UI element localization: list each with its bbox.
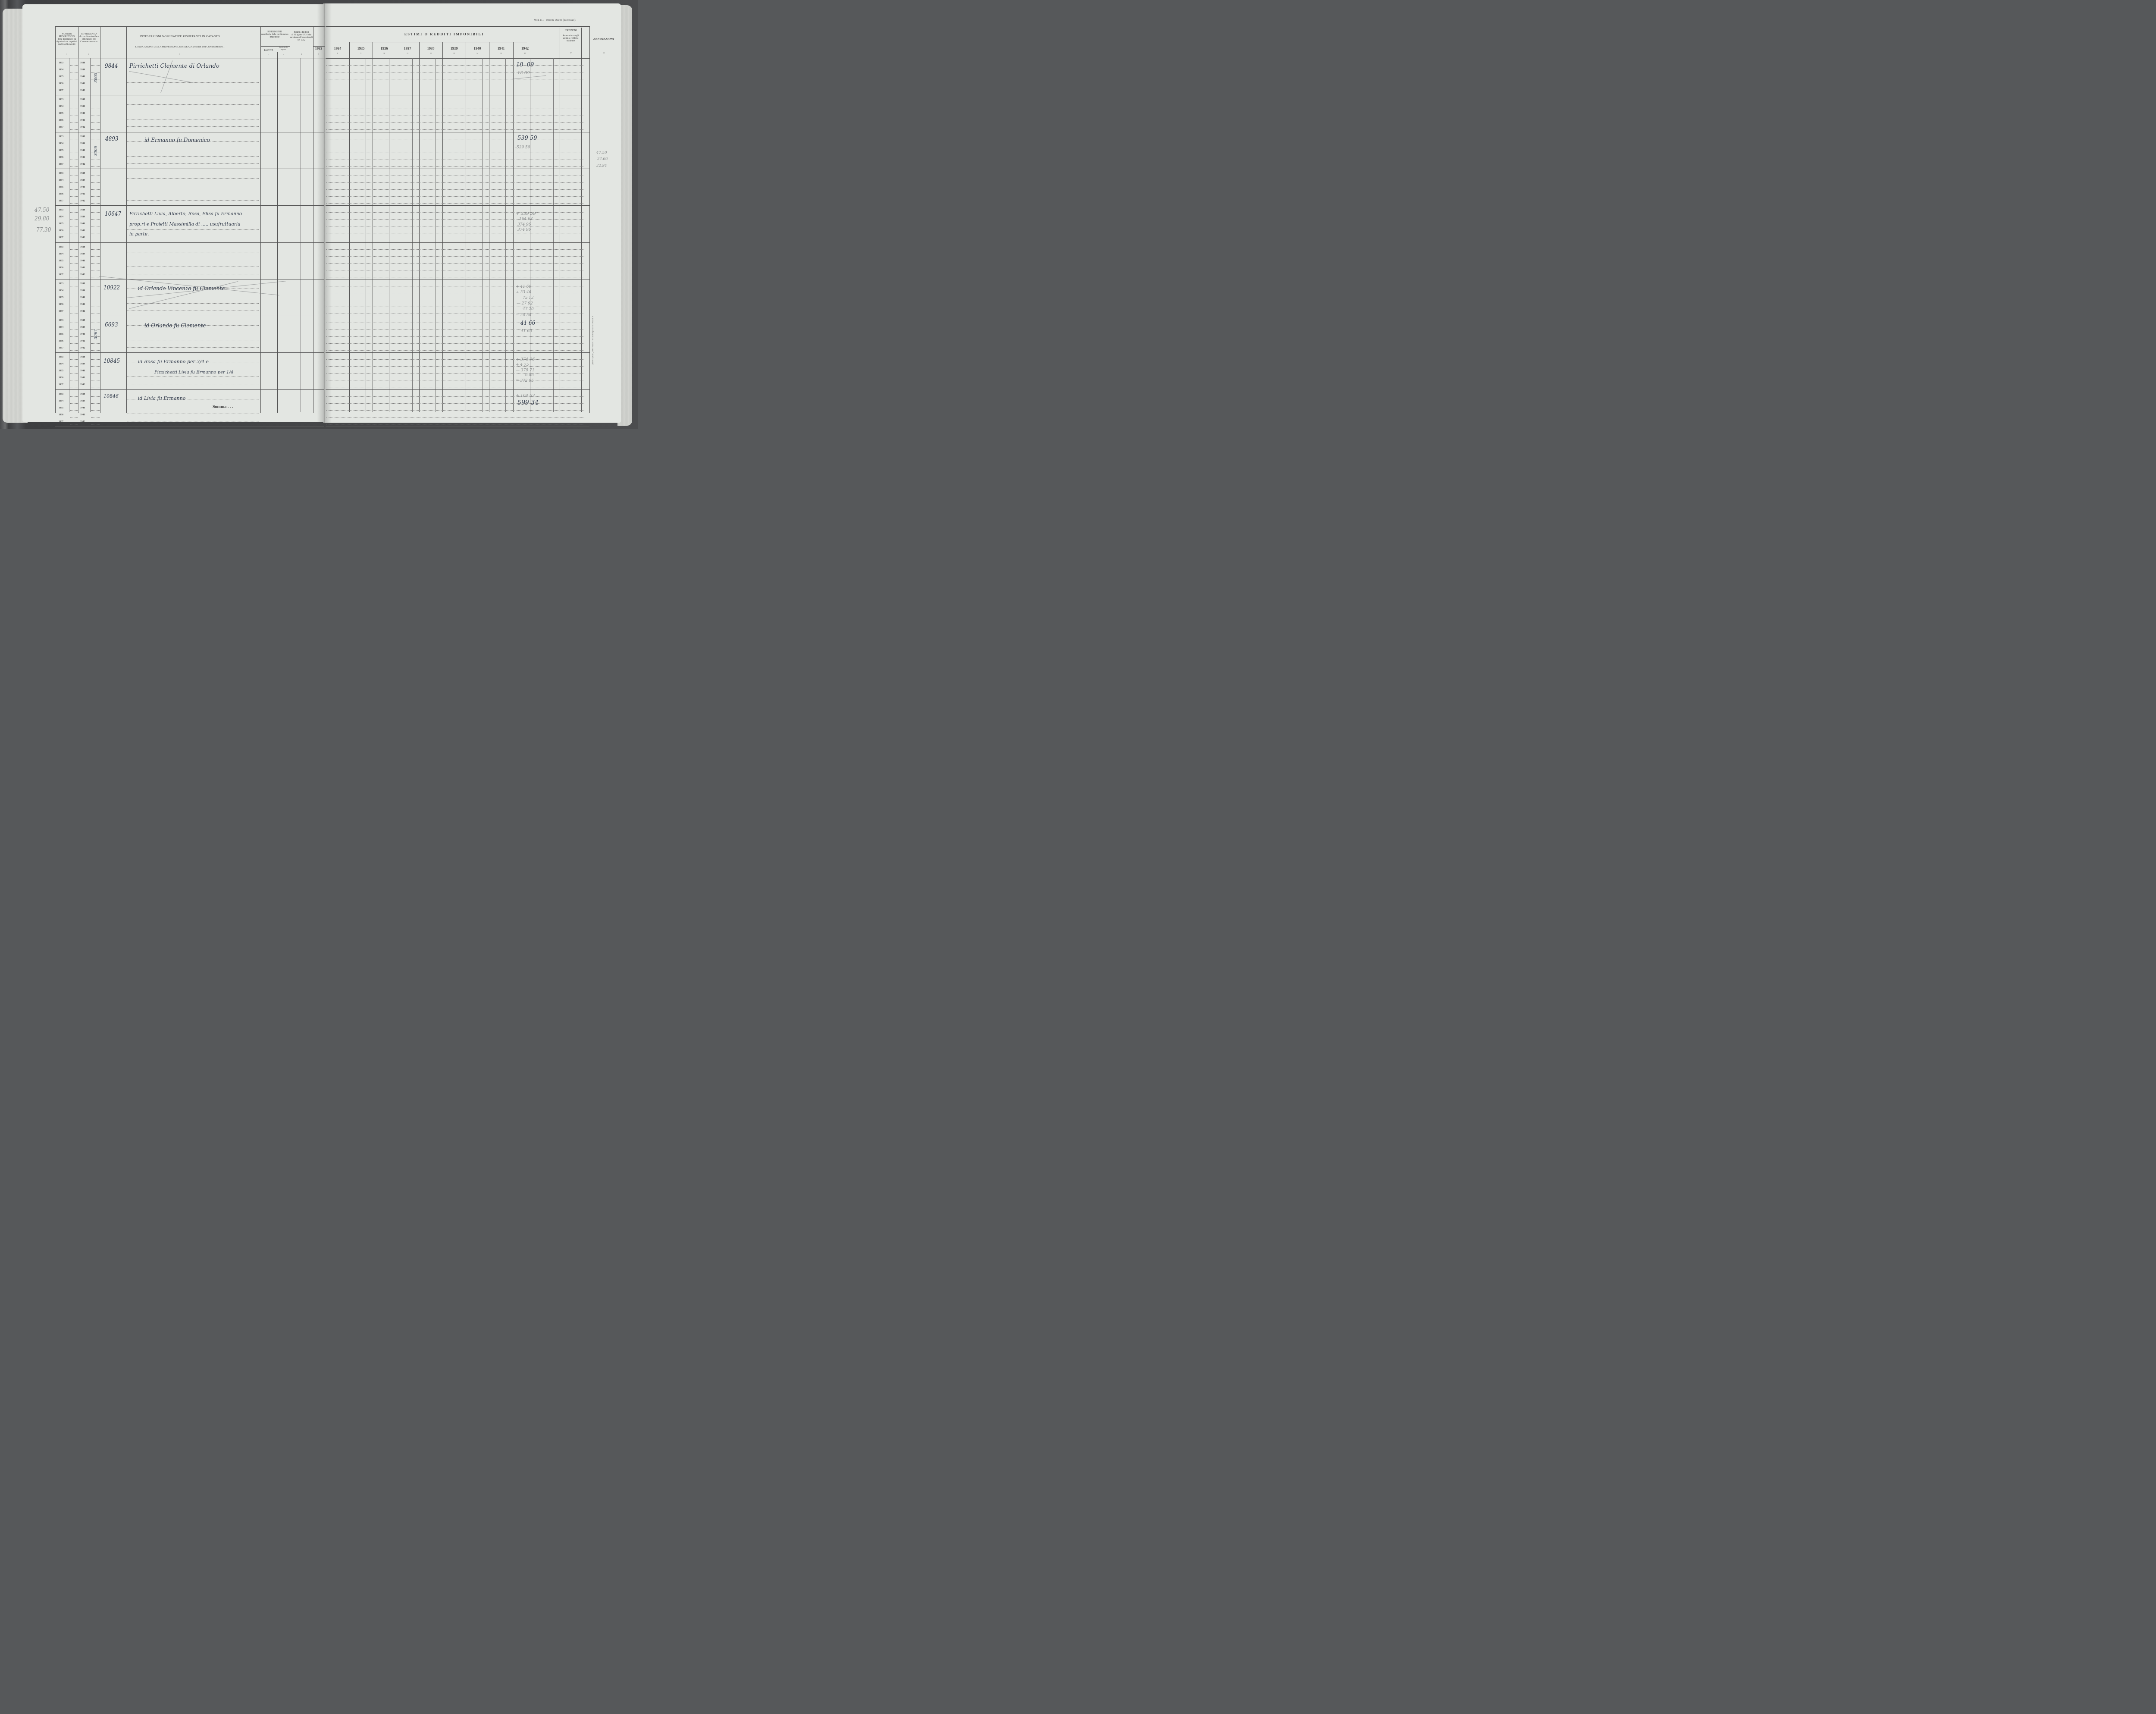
year-column-header: 1938 bbox=[419, 47, 442, 51]
year-label: 1941 bbox=[80, 340, 85, 342]
amount-1941: 18 09 bbox=[516, 62, 534, 68]
year-label: 1935 bbox=[59, 296, 63, 299]
pencil-note: = 372 85 bbox=[516, 379, 534, 383]
year-label: 1941 bbox=[80, 119, 85, 122]
year-label: 1942 bbox=[80, 347, 85, 349]
col45-header: RIFERIMENTI sussidiari e delle partite s… bbox=[260, 31, 289, 38]
pencil-note: 18 09 bbox=[517, 71, 530, 75]
col1-header: NUMERO PROGRESSIVO delle intestazioni da… bbox=[56, 33, 78, 46]
year-column-header: 1942 bbox=[513, 47, 537, 51]
year-label: 1935 bbox=[59, 112, 63, 115]
partita-number: 6693 bbox=[105, 322, 118, 328]
year-label: 1942 bbox=[80, 163, 85, 166]
year-column-number: 12 bbox=[419, 53, 442, 55]
year-column-number: 13 bbox=[442, 53, 466, 55]
year-label: 1938 bbox=[80, 393, 85, 396]
esenzioni-header: ESENZIONI — Ammontare degli estimi o red… bbox=[560, 29, 581, 42]
year-label: 1937 bbox=[59, 421, 63, 423]
year-column-header: 1936 bbox=[373, 47, 396, 51]
year-label: 1937 bbox=[59, 163, 63, 166]
pencil-note: — 27 92 bbox=[517, 301, 533, 306]
year-label: 1934 bbox=[59, 216, 63, 218]
year-column-header: 1941 bbox=[489, 47, 513, 51]
year-label: 1942 bbox=[80, 126, 85, 129]
year-label: 1935 bbox=[59, 223, 63, 225]
year-label: 1936 bbox=[59, 377, 63, 379]
col7-year: 1933 bbox=[313, 47, 324, 51]
year-column-number: 8 bbox=[326, 53, 349, 55]
year-label: 1935 bbox=[59, 186, 63, 188]
somma-label: Somma . . . bbox=[213, 405, 233, 409]
margin-note-left: 47.50 bbox=[34, 207, 49, 213]
progressivo-number: 3067 bbox=[94, 330, 98, 339]
year-label: 1940 bbox=[80, 296, 85, 299]
year-label: 1939 bbox=[80, 363, 85, 365]
year-label: 1941 bbox=[80, 193, 85, 195]
pencil-note: — 379 71 bbox=[516, 368, 534, 373]
year-label: 1940 bbox=[80, 260, 85, 262]
year-label: 1935 bbox=[59, 75, 63, 78]
year-column-number: 15 bbox=[489, 53, 513, 55]
year-label: 1936 bbox=[59, 156, 63, 159]
pencil-note: 164 63 bbox=[519, 217, 533, 221]
year-label: 1935 bbox=[59, 370, 63, 372]
year-label: 1939 bbox=[80, 289, 85, 292]
left-ledger-table bbox=[55, 26, 325, 413]
intestazione-line: Pizzichetti Livia fu Ermanno per 1/4 bbox=[154, 370, 233, 375]
amount-1941: 41 66 bbox=[520, 320, 535, 326]
year-label: 1938 bbox=[80, 356, 85, 358]
progressivo-number: 3065 bbox=[94, 73, 98, 83]
year-label: 1937 bbox=[59, 383, 63, 386]
margin-note-right: 47.50 bbox=[596, 151, 607, 155]
year-label: 1940 bbox=[80, 333, 85, 336]
year-label: 1938 bbox=[80, 135, 85, 138]
year-label: 1933 bbox=[59, 135, 63, 138]
year-label: 1934 bbox=[59, 69, 63, 71]
partita-number: 10845 bbox=[103, 358, 120, 364]
year-label: 1939 bbox=[80, 326, 85, 329]
year-label: 1936 bbox=[59, 193, 63, 195]
year-label: 1936 bbox=[59, 303, 63, 306]
year-label: 1939 bbox=[80, 216, 85, 218]
year-label: 1942 bbox=[80, 236, 85, 239]
pencil-note: 374 96 bbox=[517, 223, 531, 227]
year-label: 1936 bbox=[59, 119, 63, 122]
year-label: 1939 bbox=[80, 142, 85, 145]
col6-number: 6 bbox=[290, 53, 313, 56]
year-label: 1941 bbox=[80, 82, 85, 85]
somma-1941-total: 599 34 bbox=[517, 399, 539, 406]
year-label: 1933 bbox=[59, 319, 63, 322]
pencil-note: + 4 75 bbox=[516, 363, 529, 367]
year-label: 1941 bbox=[80, 156, 85, 159]
year-label: 1937 bbox=[59, 89, 63, 92]
intestazione-line: prop.ri e Proietti Massimilla di ..... u… bbox=[129, 222, 240, 227]
year-label: 1942 bbox=[80, 421, 85, 423]
year-label: 1939 bbox=[80, 400, 85, 402]
partita-number: 10922 bbox=[103, 285, 120, 291]
year-label: 1934 bbox=[59, 179, 63, 182]
col7-number: 7 bbox=[313, 53, 324, 56]
pencil-note: = 20 58 bbox=[516, 313, 531, 317]
pencil-note: + 539 59 bbox=[516, 211, 536, 216]
intestazione-line: Pirrichetti Livia, Alberto, Rosa, Elisa … bbox=[129, 211, 242, 217]
ledger-book: Mod. 111 - Imposte Dirette (Intercalare)… bbox=[0, 0, 638, 429]
pencil-note: — 41 66 bbox=[516, 329, 532, 333]
year-label: 1934 bbox=[59, 363, 63, 365]
pencil-note: 374 96 bbox=[517, 228, 531, 232]
estimi-title: ESTIMI O REDDITI IMPONIBILI bbox=[358, 32, 530, 37]
year-label: 1933 bbox=[59, 209, 63, 211]
col1-number: 1 bbox=[56, 53, 78, 56]
year-label: 1942 bbox=[80, 383, 85, 386]
year-label: 1942 bbox=[80, 200, 85, 202]
partita-number: 10647 bbox=[105, 211, 121, 217]
year-label: 1942 bbox=[80, 310, 85, 313]
year-label: 1941 bbox=[80, 414, 85, 416]
year-label: 1941 bbox=[80, 267, 85, 269]
year-label: 1936 bbox=[59, 229, 63, 232]
year-label: 1937 bbox=[59, 273, 63, 276]
year-label: 1934 bbox=[59, 289, 63, 292]
year-label: 1936 bbox=[59, 267, 63, 269]
year-label: 1940 bbox=[80, 112, 85, 115]
partita-number: 4893 bbox=[105, 136, 119, 142]
year-column-header: 1934 bbox=[326, 47, 349, 51]
col2-number: 2 bbox=[78, 53, 100, 56]
year-label: 1937 bbox=[59, 347, 63, 349]
annotazioni-header: ANNOTAZIONI bbox=[582, 37, 625, 41]
year-column-header: 1935 bbox=[349, 47, 373, 51]
year-column-header: 1940 bbox=[466, 47, 489, 51]
year-label: 1938 bbox=[80, 283, 85, 285]
year-label: 1941 bbox=[80, 229, 85, 232]
year-label: 1934 bbox=[59, 253, 63, 255]
year-label: 1939 bbox=[80, 179, 85, 182]
year-label: 1939 bbox=[80, 105, 85, 108]
year-label: 1937 bbox=[59, 200, 63, 202]
col3-subtitle: E INDICAZIONE DELLA PROFESSIONE, RESIDEN… bbox=[100, 46, 260, 48]
year-label: 1940 bbox=[80, 407, 85, 409]
year-label: 1938 bbox=[80, 209, 85, 211]
year-label: 1933 bbox=[59, 62, 63, 64]
year-label: 1933 bbox=[59, 283, 63, 285]
year-label: 1940 bbox=[80, 75, 85, 78]
year-label: 1938 bbox=[80, 246, 85, 248]
pencil-note: + 164 63 bbox=[516, 393, 535, 398]
year-label: 1941 bbox=[80, 303, 85, 306]
col17-number: 17 bbox=[560, 52, 581, 54]
year-label: 1937 bbox=[59, 310, 63, 313]
amount-1941: 539 59 bbox=[517, 135, 537, 141]
year-column-header: 1939 bbox=[442, 47, 466, 51]
year-column-number: 16 bbox=[513, 53, 537, 55]
margin-note-right: 22.84 bbox=[596, 164, 607, 168]
year-label: 1941 bbox=[80, 377, 85, 379]
year-label: 1934 bbox=[59, 105, 63, 108]
progressivo-number: 3066 bbox=[94, 146, 98, 156]
year-label: 1935 bbox=[59, 149, 63, 152]
year-label: 1938 bbox=[80, 172, 85, 175]
year-label: 1936 bbox=[59, 82, 63, 85]
pencil-note: 6 86 bbox=[525, 373, 534, 377]
year-label: 1936 bbox=[59, 414, 63, 416]
year-label: 1942 bbox=[80, 273, 85, 276]
year-label: 1936 bbox=[59, 340, 63, 342]
year-label: 1940 bbox=[80, 186, 85, 188]
form-title: Mod. 111 - Imposte Dirette (Intercalare)… bbox=[534, 19, 576, 22]
year-label: 1937 bbox=[59, 236, 63, 239]
year-label: 1933 bbox=[59, 393, 63, 396]
intestazione-name: id Orlando fu Clemente bbox=[144, 323, 206, 329]
col5-number: 5 bbox=[277, 54, 289, 56]
margin-note-left: 77.30 bbox=[36, 227, 51, 233]
col2-header: RIFERIMENTO alla partita catastale e ind… bbox=[78, 33, 100, 43]
printer-note: (4103531) Roma, 1931 - Anno X - Istituto… bbox=[592, 316, 594, 364]
intestazione-name: id Ermanno fu Domenico bbox=[144, 137, 210, 143]
year-label: 1938 bbox=[80, 98, 85, 101]
col6-header: Estimi o Redditi al 31 agosto 1931 che s… bbox=[290, 31, 313, 41]
year-column-header: 1937 bbox=[396, 47, 419, 51]
intestazione-line: id Rosa fu Ermanno per 3/4 e bbox=[138, 359, 209, 364]
specie-header: Specie della Imposta bbox=[277, 47, 289, 50]
year-label: 1933 bbox=[59, 98, 63, 101]
year-label: 1933 bbox=[59, 172, 63, 175]
year-column-number: 10 bbox=[373, 53, 396, 55]
pencil-note: 75 12 bbox=[523, 296, 534, 300]
partita-number: 10846 bbox=[103, 393, 119, 399]
partita-number: 9844 bbox=[105, 63, 118, 69]
year-label: 1938 bbox=[80, 62, 85, 64]
margin-note-left: 29.80 bbox=[34, 216, 49, 222]
year-column-number: 9 bbox=[349, 53, 373, 55]
year-label: 1935 bbox=[59, 407, 63, 409]
col18-number: 18 bbox=[582, 52, 625, 54]
year-label: 1933 bbox=[59, 356, 63, 358]
year-label: 1938 bbox=[80, 319, 85, 322]
year-column-number: 11 bbox=[396, 53, 419, 55]
pencil-note: + 33 46 bbox=[516, 290, 531, 295]
year-label: 1934 bbox=[59, 326, 63, 329]
year-label: 1940 bbox=[80, 370, 85, 372]
intestazione-name: Pirrichetti Clemente di Orlando bbox=[129, 63, 219, 69]
year-label: 1933 bbox=[59, 246, 63, 248]
intestazione-name: id Livia fu Ermanno bbox=[138, 396, 185, 401]
pencil-note: + 41 66 bbox=[516, 285, 531, 289]
col4-number: 4 bbox=[260, 54, 277, 56]
col3-number: 3 bbox=[100, 53, 260, 56]
year-label: 1942 bbox=[80, 89, 85, 92]
year-label: 1935 bbox=[59, 260, 63, 262]
pencil-note: + 374 96 bbox=[516, 357, 535, 362]
year-label: 1935 bbox=[59, 333, 63, 336]
year-label: 1934 bbox=[59, 142, 63, 145]
year-label: 1940 bbox=[80, 223, 85, 225]
intestazione-line: in parte. bbox=[129, 232, 149, 237]
pencil-note: 47 20 bbox=[523, 307, 534, 311]
year-label: 1939 bbox=[80, 69, 85, 71]
col3-title: INTESTAZIONI NOMINATIVE RISULTANTI IN CA… bbox=[100, 35, 260, 38]
pencil-note: -539 59 bbox=[515, 145, 530, 150]
year-label: 1937 bbox=[59, 126, 63, 129]
margin-note-right: 24.66 bbox=[597, 157, 608, 161]
partite-header: PARTITE bbox=[260, 49, 277, 52]
year-column-number: 14 bbox=[466, 53, 489, 55]
year-label: 1939 bbox=[80, 253, 85, 255]
year-label: 1940 bbox=[80, 149, 85, 152]
year-label: 1934 bbox=[59, 400, 63, 402]
